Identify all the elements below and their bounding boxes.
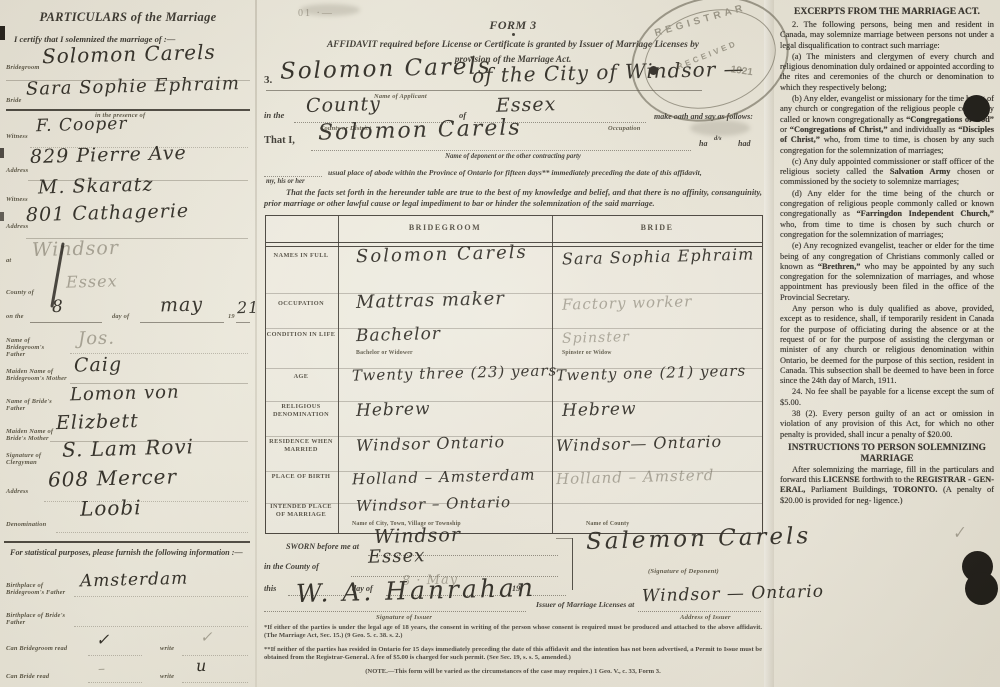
rule-line (311, 150, 691, 151)
rule-line (44, 501, 248, 502)
table-row-rule (266, 503, 762, 504)
pencil-check-mark: ✓ (951, 524, 968, 542)
rw-groom-write-mark: ✓ (200, 630, 214, 645)
rw-bride-write-label: write (160, 673, 174, 680)
ha-label: ha (699, 139, 707, 148)
excerpt-paragraph: 38 (2). Every person guilty of an act or… (780, 409, 994, 440)
field-value-witness1: F. Cooper (36, 116, 128, 135)
rule-line (236, 322, 250, 323)
particulars-title: PARTICULARS of the Marriage (0, 10, 256, 25)
date-day: 8 (52, 299, 64, 316)
deponent-name-handwriting: Solomon Carels (318, 117, 522, 144)
rule-line (264, 611, 526, 612)
cell-condition-bride: Spinster (562, 330, 630, 346)
excerpts-panel: EXCERPTS FROM THE MARRIAGE ACT. 2. The f… (780, 6, 994, 507)
date-on-the: on the (6, 313, 24, 320)
issuer-of-licenses-label: Issuer of Marriage Licenses at (536, 600, 634, 609)
rule-line (140, 322, 224, 323)
field-value-witness2: M. Skaratz (38, 175, 154, 197)
table-divider (338, 216, 339, 533)
footnote-note: (NOTE.—This form will be varied as the c… (264, 668, 762, 675)
instructions-body: After solemnizing the marriage, fill in … (780, 465, 994, 506)
edge-mark (0, 148, 4, 158)
stamp-ink-blot (649, 66, 658, 75)
field-label-address2: Address (6, 223, 28, 230)
edge-mark (0, 26, 5, 40)
cell-condition-groom: Bachelor (356, 326, 441, 345)
excerpt-paragraph: (b) Any elder, evangelist or missionary … (780, 94, 994, 156)
excerpt-paragraph: (a) The ministers and clergymen of every… (780, 52, 994, 93)
row-label-condition: CONDITION IN LIFE (265, 331, 337, 339)
field-label-bridegroom: Bridegroom (6, 64, 40, 71)
field-label-at: at (6, 257, 11, 264)
stat-value-groom-father-birthplace: Amsterdam (80, 571, 189, 591)
applicant-name-handwriting: Solomon Carels (280, 55, 492, 84)
rule-line (30, 322, 102, 323)
statistical-heading: For statistical purposes, please furnish… (10, 548, 248, 558)
field-label-groom-mother: Maiden Name of Bridegroom's Mother (6, 368, 70, 382)
sworn-county-label: in the County of (264, 562, 319, 571)
field-value-address2: 801 Cathagerie (26, 202, 190, 225)
sworn-label: SWORN before me at (286, 542, 359, 551)
rule-line (6, 109, 250, 111)
had-label: had (738, 139, 750, 148)
date-day-of: day of (112, 313, 129, 320)
row-label-intended: INTENDED PLACE of MARRIAGE (265, 503, 337, 518)
bracket-line (556, 538, 572, 539)
hole-punch (963, 95, 990, 122)
date-nineteen: 19 (228, 313, 235, 320)
sworn-this-label: this (264, 584, 276, 593)
row-label-religious: RELIGIOUS DENOMINATION (265, 403, 337, 418)
issuer-signature-sublabel: Signature of Issuer (376, 614, 432, 621)
registrar-received-stamp: REGISTRAR RECEIVED 1921 (616, 0, 803, 140)
sworn-place-handwriting: Windsor (374, 526, 461, 547)
cell-religion-groom: Hebrew (356, 401, 431, 420)
hole-punch (965, 572, 998, 605)
rw-groom-label: Can Bridegroom read (6, 645, 67, 652)
field-value-clergy-signature: S. Lam Rovi (62, 436, 195, 459)
cell-residence-bride: Windsor— Ontario (556, 434, 723, 454)
district-handwriting: Essex (496, 95, 557, 116)
field-value-groom-mother: Caig (74, 355, 123, 375)
rw-bride-write-mark: u (196, 658, 208, 674)
column-header-bridegroom: BRIDEGROOM (338, 224, 552, 232)
excerpt-paragraph: (e) Any recognized evangelist, teacher o… (780, 241, 994, 303)
field-value-address1: 829 Pierre Ave (30, 144, 187, 167)
table-row-rule (266, 401, 762, 402)
row-label-names: NAMES in full (265, 252, 337, 260)
field-value-county: Essex (66, 273, 118, 290)
my-his-her-label: my, his or her (266, 178, 305, 185)
field-value-bride-father: Lomon von (70, 384, 180, 405)
excerpt-paragraph: 2. The following persons, being men and … (780, 20, 994, 51)
rw-groom-write-label: write (160, 645, 174, 652)
ds-label: d/s (714, 135, 722, 142)
stat-label-groom-father-birthplace: Birthplace of Bridegroom's Father (6, 582, 66, 596)
deponent-signature: Salemon Carels (586, 525, 812, 554)
field-value-clergy-address: 608 Mercer (48, 466, 177, 489)
cell-occupation-bride: Factory worker (562, 294, 693, 312)
field-label-bride-father: Name of Bride's Father (6, 398, 64, 412)
date-month: may (160, 295, 204, 315)
field-value-bridegroom: Solomon Carels (42, 42, 216, 67)
rw-bride-label: Can Bride read (6, 673, 49, 680)
table-row-rule (266, 328, 762, 329)
issuer-signature: W. A. Hanrahan (296, 575, 537, 606)
rule-line (88, 655, 142, 656)
particulars-panel: PARTICULARS of the Marriage I certify th… (0, 0, 256, 687)
field-value-denomination: Loobi (80, 497, 142, 519)
condition-bride-sublabel: Spinster or Widow (562, 350, 612, 356)
field-label-bride: Bride (6, 97, 22, 104)
row-label-age: AGE (265, 373, 337, 381)
intended-county-sublabel: Name of County (586, 521, 629, 527)
rule-line (264, 176, 322, 177)
edge-mark (0, 212, 4, 221)
field-label-witness1: Witness (6, 133, 28, 140)
excerpts-title: EXCERPTS FROM THE MARRIAGE ACT. (780, 6, 994, 17)
item-number: 3. (264, 74, 272, 86)
footnote-2: **If neither of the parties has resided … (264, 646, 762, 662)
deponent-signature-sublabel: (Signature of Deponent) (648, 568, 719, 575)
rule-line (182, 655, 248, 656)
sworn-county-handwriting: Essex (368, 547, 426, 566)
excerpt-paragraph: 24. No fee shall be payable for a licens… (780, 387, 994, 408)
cell-occupation-groom: Mattras maker (356, 290, 505, 312)
column-header-bride: BRIDE (552, 224, 762, 232)
field-label-county: County of (6, 289, 34, 296)
field-value-bride-mother: Elizbett (56, 412, 139, 433)
section-divider (4, 541, 250, 543)
excerpt-paragraph: Any person who is duly qualified as abov… (780, 304, 994, 386)
in-the-label: in the (264, 110, 284, 120)
rule-line (74, 626, 248, 627)
row-label-birth: PLACE of BIRTH (265, 473, 337, 481)
field-label-clergy-address: Address (6, 488, 28, 495)
issuer-place-handwriting: Windsor — Ontario (642, 584, 824, 606)
dot-mark (512, 33, 515, 36)
field-label-clergy-signature: Signature of Clergyman (6, 452, 60, 466)
rule-line (182, 682, 248, 683)
excerpt-paragraph: (d) Any elder for the time being of the … (780, 189, 994, 240)
issuer-address-sublabel: Address of Issuer (680, 614, 731, 621)
excerpt-paragraph: (c) Any duly appointed commissioner or s… (780, 157, 994, 188)
applicant-sublabel: Name of Applicant (374, 93, 427, 100)
facts-paragraph: That the facts set forth in the hereunde… (264, 188, 762, 209)
rule-line (638, 611, 761, 612)
rule-line (74, 596, 248, 597)
rule-line (88, 682, 142, 683)
rw-groom-read-mark: ✓ (96, 632, 111, 648)
occupation-sublabel: Occupation (608, 125, 641, 132)
stat-label-bride-father-birthplace: Birthplace of Bride's Father (6, 612, 66, 626)
bracket-line (572, 538, 573, 590)
county-handwriting: County (306, 95, 381, 116)
field-value-at: Windsor (32, 239, 119, 260)
row-label-occupation: OCCUPATION (265, 300, 337, 308)
scanned-marriage-affidavit-document: PARTICULARS of the Marriage I certify th… (0, 0, 1000, 687)
row-label-residence: RESIDENCE when MARRIED (265, 438, 337, 453)
cell-birth-bride: Holland – Amsterd (556, 468, 715, 487)
field-label-witness2: Witness (6, 196, 28, 203)
scan-smudge (690, 120, 750, 136)
condition-groom-sublabel: Bachelor or Widower (356, 350, 413, 356)
that-i-label: That I, (264, 135, 295, 146)
rw-bride-read-mark: – (98, 662, 106, 676)
deponent-sublabel: Name of deponent or the other contractin… (256, 153, 770, 160)
cell-religion-bride: Hebrew (562, 401, 637, 420)
field-value-bride: Sara Sophie Ephraim (26, 75, 240, 99)
cell-residence-groom: Windsor Ontario (356, 434, 506, 454)
field-label-groom-father: Name of Bridegroom's Father (6, 337, 64, 358)
footnote-1: *If either of the parties is under the l… (264, 624, 762, 640)
rule-line (56, 532, 248, 533)
cell-names-groom: Solomon Carels (356, 244, 528, 266)
instructions-title: INSTRUCTIONS TO PERSON SOLEMNIZING MARRI… (780, 443, 994, 465)
field-value-groom-father: Jos. (78, 330, 115, 349)
abode-text: usual place of abode within the Province… (328, 168, 702, 177)
affidavit-form-panel: 01 ·— FORM 3 AFFIDAVIT required before L… (256, 0, 770, 687)
cell-intended-place: Windsor – Ontario (356, 495, 511, 514)
field-label-address1: Address (6, 167, 28, 174)
scan-smudge (300, 4, 360, 16)
field-label-denomination: Denomination (6, 521, 46, 528)
